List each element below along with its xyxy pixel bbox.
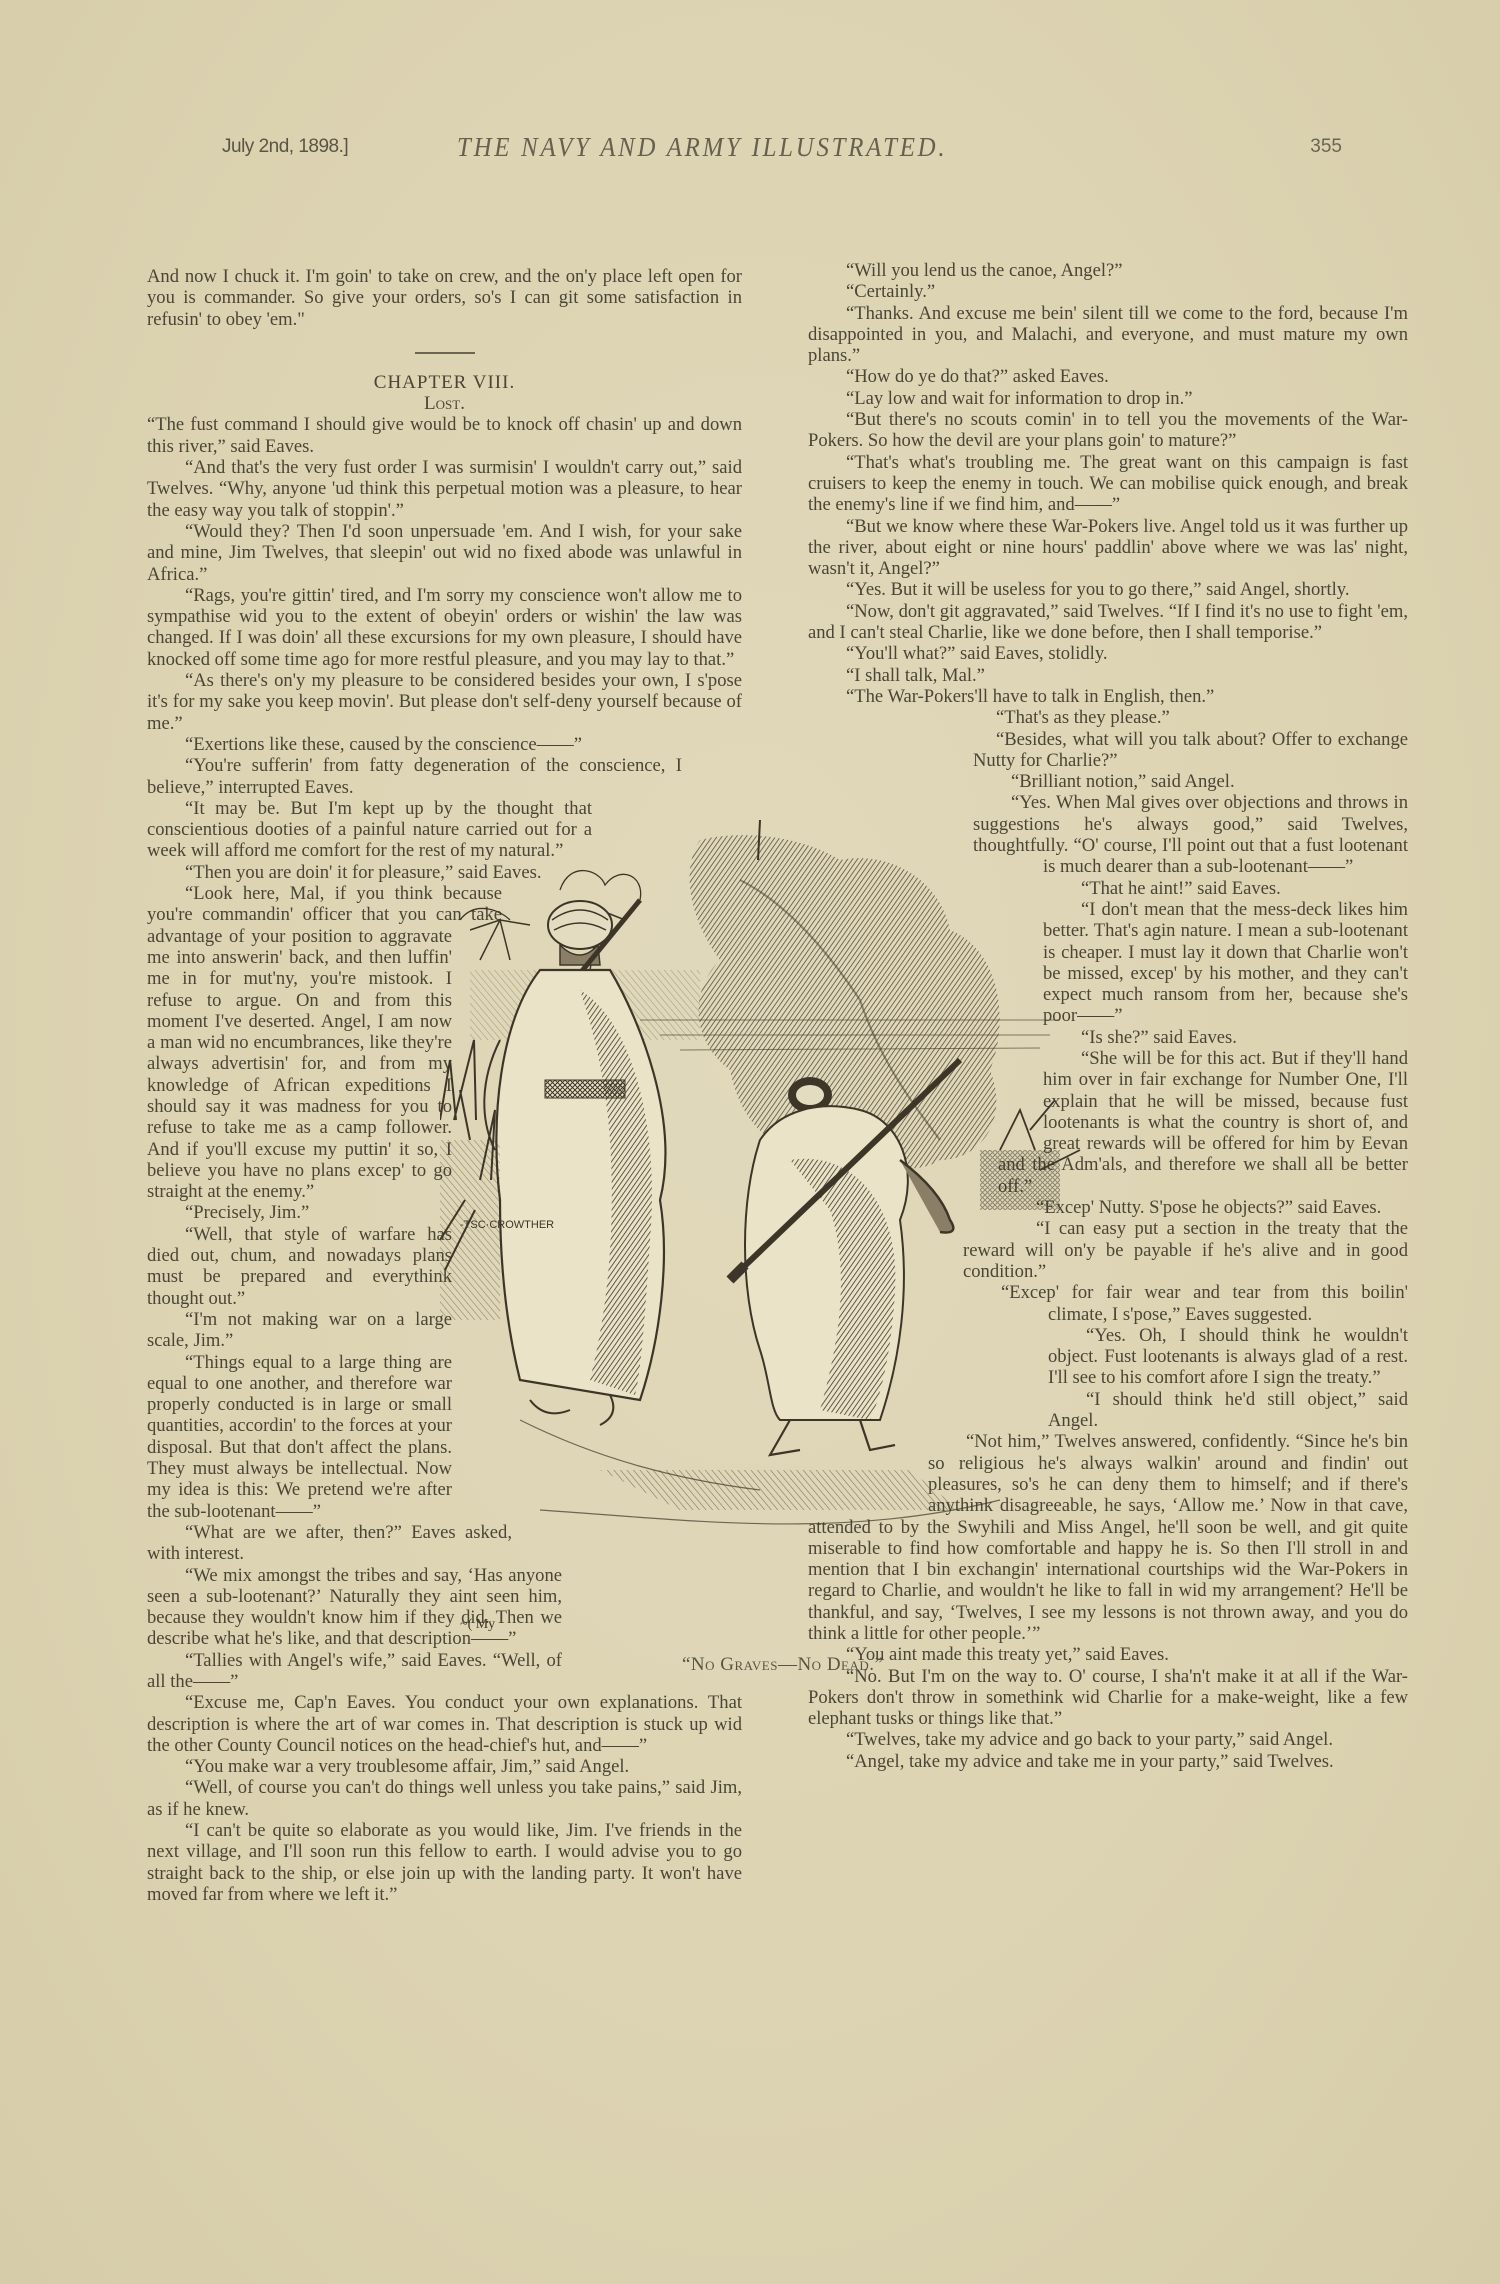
paragraph: “How do ye do that?” asked Eaves. [808,366,1408,387]
running-header: July 2nd, 1898.] THE NAVY AND ARMY ILLUS… [222,136,1342,166]
paragraph: “The fust command I should give would be… [147,414,742,457]
paragraph: “Exertions like these, caused by the con… [147,734,742,755]
paragraph: “You'll what?” said Eaves, stolidly. [808,643,1408,664]
artist-signature: -TSC·CROWTHER [460,1219,554,1231]
paragraph: “Lay low and wait for information to dro… [808,388,1408,409]
paragraph: “You're sufferin' from fatty degeneratio… [147,755,682,798]
continued-paragraph: And now I chuck it. I'm goin' to take on… [147,266,742,330]
magazine-page: July 2nd, 1898.] THE NAVY AND ARMY ILLUS… [0,0,1500,2284]
paragraph: “Well, of course you can't do things wel… [147,1777,742,1820]
paragraph: “Thanks. And excuse me bein' silent till… [808,303,1408,367]
paragraph: “I can't be quite so elaborate as you wo… [147,1820,742,1905]
paragraph: “Would they? Then I'd soon unpersuade 'e… [147,521,742,585]
section-divider [415,352,475,354]
paragraph: “Will you lend us the canoe, Angel?” [808,260,1408,281]
chapter-subtitle: Lost. [147,393,742,414]
paragraph: “You make war a very troublesome affair,… [147,1756,742,1777]
paragraph: “You aint made this treaty yet,” said Ea… [808,1644,1408,1665]
page-number: 355 [1310,136,1342,158]
paragraph: “Excuse me, Cap'n Eaves. You conduct you… [147,1692,742,1756]
paragraph: “The War-Pokers'll have to talk in Engli… [808,686,1408,707]
publication-title: THE NAVY AND ARMY ILLUSTRATED. [457,132,947,163]
paragraph: “But we know where these War-Pokers live… [808,516,1408,580]
paragraph: “Twelves, take my advice and go back to … [808,1729,1408,1750]
paragraph: “No. But I'm on the way to. O' course, I… [808,1666,1408,1730]
paragraph: “Certainly.” [808,281,1408,302]
illustration-caption: “No Graves—No Dead.” [682,1654,883,1676]
paragraph: “As there's on'y my pleasure to be consi… [147,670,742,734]
paragraph: “And that's the very fust order I was su… [147,457,742,521]
paragraph: “That's what's troubling me. The great w… [808,452,1408,516]
paragraph: “I shall talk, Mal.” [808,665,1408,686]
chapter-title: CHAPTER VIII. [147,372,742,393]
paragraph: “Yes. But it will be useless for you to … [808,579,1408,600]
paragraph: “Angel, take my advice and take me in yo… [808,1751,1408,1772]
issue-date: July 2nd, 1898.] [222,136,348,158]
paragraph: “But there's no scouts comin' in to tell… [808,409,1408,452]
svg-text:~( My: ~( My [460,1617,495,1632]
engraving-figures-icon: -TSC·CROWTHER ~( My [440,820,1100,1640]
paragraph: “Rags, you're gittin' tired, and I'm sor… [147,585,742,670]
paragraph: “Now, don't git aggravated,” said Twelve… [808,601,1408,644]
story-illustration: -TSC·CROWTHER ~( My [440,820,1100,1640]
